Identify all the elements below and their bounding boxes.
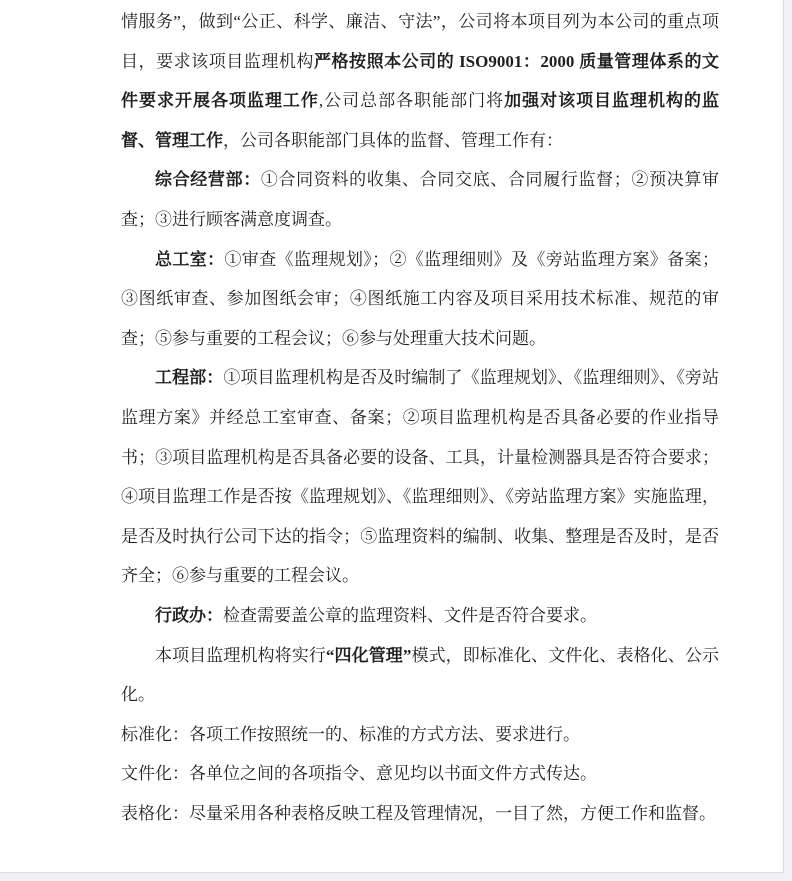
text-run: 表格化：尽量采用各种表格反映工程及管理情况，一目了然，方便工作和监督。 — [121, 804, 716, 823]
bold-text-run: “四化管理” — [326, 646, 411, 665]
text-run: 文件化：各单位之间的各项指令、意见均以书面文件方式传达。 — [121, 764, 597, 783]
text-run: ，公司各职能部门具体的监督、管理工作有： — [223, 131, 563, 150]
paragraph: 总工室：①审查《监理规划》；②《监理细则》及《旁站监理方案》备案；③图纸审查、参… — [121, 240, 719, 359]
paragraph: 标准化：各项工作按照统一的、标准的方式方法、要求进行。 — [121, 715, 719, 755]
text-run: ,公司总部各职能部门将 — [319, 91, 504, 110]
paragraph: 情服务”，做到“公正、科学、廉洁、守法”，公司将本项目列为本公司的重点项目，要求… — [121, 2, 719, 160]
bold-text-run: 综合经营部： — [155, 170, 261, 189]
paragraph: 行政办：检查需要盖公章的监理资料、文件是否符合要求。 — [121, 596, 719, 636]
paragraph: 文件化：各单位之间的各项指令、意见均以书面文件方式传达。 — [121, 754, 719, 794]
bold-text-run: 行政办： — [155, 606, 223, 625]
text-run: 本项目监理机构将实行 — [155, 646, 326, 665]
text-run: ①项目监理机构是否及时编制了《监理规划》、《监理细则》、《旁站监理方案》并经总工… — [121, 368, 719, 585]
paragraph: 表格化：尽量采用各种表格反映工程及管理情况，一目了然，方便工作和监督。 — [121, 794, 719, 834]
bold-text-run: 工程部： — [155, 368, 223, 387]
paragraph: 工程部：①项目监理机构是否及时编制了《监理规划》、《监理细则》、《旁站监理方案》… — [121, 358, 719, 596]
bold-text-run: 总工室： — [155, 250, 224, 269]
text-run: 检查需要盖公章的监理资料、文件是否符合要求。 — [223, 606, 597, 625]
document-page: 情服务”，做到“公正、科学、廉洁、守法”，公司将本项目列为本公司的重点项目，要求… — [0, 0, 784, 873]
paragraph: 本项目监理机构将实行“四化管理”模式，即标准化、文件化、表格化、公示化。 — [121, 636, 719, 715]
document-body: 情服务”，做到“公正、科学、廉洁、守法”，公司将本项目列为本公司的重点项目，要求… — [121, 2, 719, 833]
paragraph: 综合经营部：①合同资料的收集、合同交底、合同履行监督；②预决算审查；③进行顾客满… — [121, 160, 719, 239]
text-run: 标准化：各项工作按照统一的、标准的方式方法、要求进行。 — [121, 725, 580, 744]
